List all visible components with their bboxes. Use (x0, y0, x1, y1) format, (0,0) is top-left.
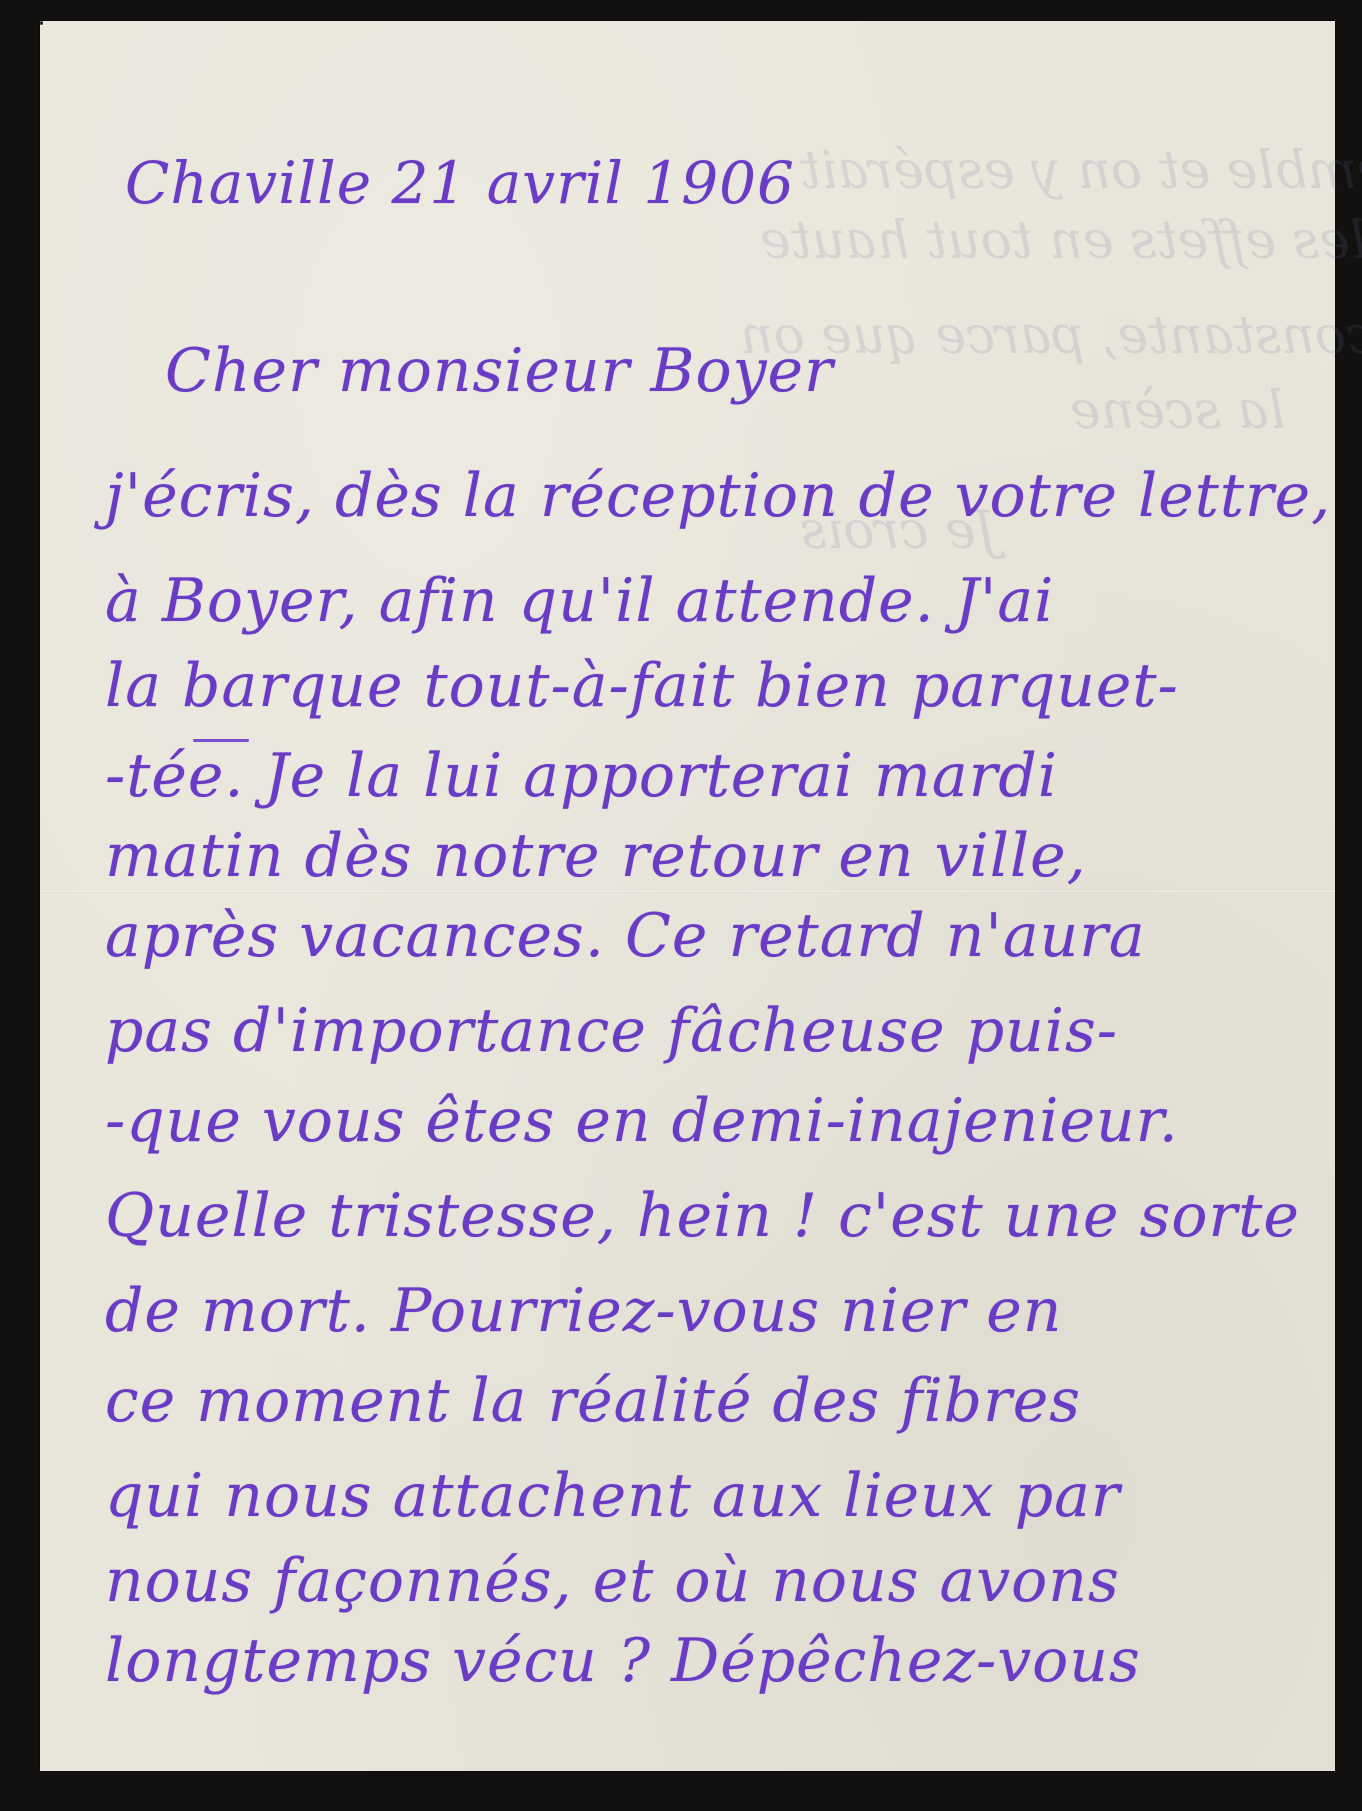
letter-page: d'ensemble et on y espérait vie ; les ef… (40, 21, 1335, 1771)
letter-line-4: -tée. Je la lui apporterai mardi (105, 741, 1058, 811)
letter-line-7: pas d'importance fâcheuse puis- (105, 996, 1118, 1066)
bleed-line: la scène (1070, 381, 1285, 441)
letter-heading: Chaville 21 avril 1906 (125, 149, 795, 217)
letter-line-6: après vacances. Ce retard n'aura (105, 901, 1146, 971)
letter-line-11: ce moment la réalité des fibres (105, 1366, 1081, 1436)
letter-line-12: qui nous attachent aux lieux par (105, 1461, 1121, 1531)
letter-line-14: longtemps vécu ? Dépêchez-vous (105, 1626, 1141, 1696)
letter-line-5: matin dès notre retour en ville, (105, 821, 1087, 891)
paper-fold (40, 891, 1335, 893)
letter-line-1: j'écris, dès la réception de votre lettr… (105, 461, 1331, 531)
letter-line-13: nous façonnés, et où nous avons (105, 1546, 1120, 1616)
letter-line-10: de mort. Pourriez-vous nier en (105, 1276, 1062, 1346)
letter-line-2: à Boyer, afin qu'il attende. J'ai (105, 566, 1054, 636)
salutation: Cher monsieur Boyer (165, 336, 834, 406)
letter-line-3: la barque tout-à-fait bien parquet- (105, 651, 1179, 721)
bleed-line: vie ; les effets en tout haute (760, 211, 1362, 271)
bleed-line: d'ensemble et on y espérait (800, 141, 1362, 201)
letter-line-8: -que vous êtes en demi-inajenieur. (105, 1086, 1179, 1156)
letter-line-9: Quelle tristesse, hein ! c'est une sorte (105, 1181, 1300, 1251)
ink-speck (40, 21, 43, 25)
